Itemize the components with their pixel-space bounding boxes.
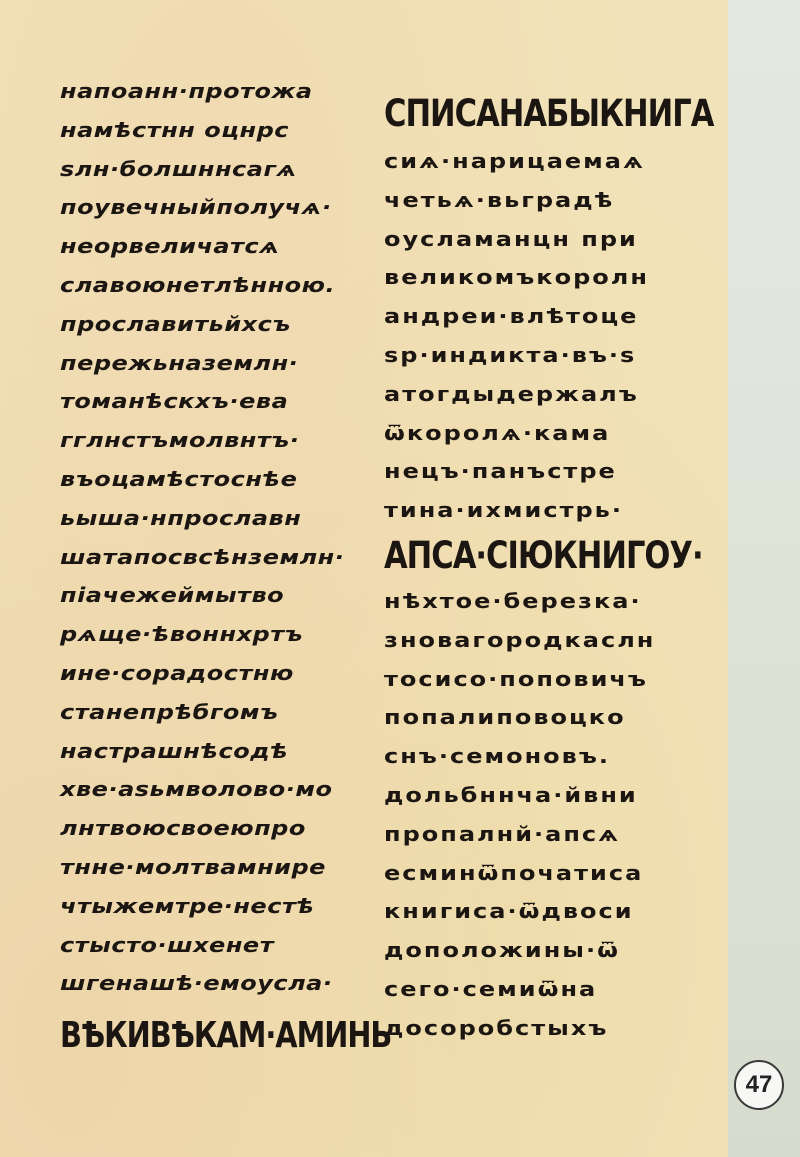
text-line: нецъ·панъстре bbox=[384, 455, 704, 488]
text-line: ѕр·индикта·въ·ѕ bbox=[384, 339, 704, 372]
text-line: великомъкоролн bbox=[384, 261, 704, 294]
text-line: сего·семиѿна bbox=[384, 973, 704, 1006]
colophon-heading: СПИСАНАБЫКНИГА bbox=[384, 90, 704, 138]
text-line: ине·сорадостню bbox=[60, 657, 360, 690]
text-line: пропалнй·апсѧ bbox=[384, 818, 704, 851]
text-line: андреи·влѣтоце bbox=[384, 300, 704, 333]
text-line: тнне·молтвамнире bbox=[60, 851, 360, 884]
text-line: прославитьйхсъ bbox=[60, 308, 360, 341]
text-line: сиѧ·нарицаемаѧ bbox=[384, 145, 704, 178]
right-text-column: СПИСАНАБЫКНИГА сиѧ·нарицаемаѧ четьѧ·вьгр… bbox=[384, 82, 704, 1048]
text-line: снъ·семоновъ. bbox=[384, 740, 704, 773]
text-line: гглнстъмолвнтъ· bbox=[60, 424, 360, 457]
text-line: намѣстнн оцнрс bbox=[60, 114, 360, 147]
text-line: стысто·шхенет bbox=[60, 928, 360, 961]
text-line: неорвеличатсѧ bbox=[60, 230, 360, 263]
text-line: пережьназемлн· bbox=[60, 346, 360, 379]
text-line: рѧще·ѣвоннхртъ bbox=[60, 618, 360, 651]
scribe-heading: АПСА·СIЮКНИГОУ· bbox=[384, 532, 704, 580]
text-line: чтыжемтре·нестѣ bbox=[60, 890, 360, 923]
text-line: шатапосвсѣнземлн· bbox=[60, 540, 360, 573]
text-line: станепрѣбгомъ bbox=[60, 696, 360, 729]
text-line: попалиповоцко bbox=[384, 701, 704, 734]
text-line: зновагородкаслн bbox=[384, 624, 704, 657]
text-line: пiaчежеймытво bbox=[60, 579, 360, 612]
text-line: дольбннча·йвни bbox=[384, 779, 704, 812]
text-line: славоюнетлѣнною. bbox=[60, 269, 360, 302]
text-line: ѿкоролѧ·кама bbox=[384, 416, 704, 449]
text-line: поувечныйполучѧ· bbox=[60, 191, 360, 224]
text-line: нѣхтое·березка· bbox=[384, 585, 704, 618]
closing-heading: ВѢКИВѢКАМ·АМИНЬ bbox=[60, 1011, 360, 1059]
text-line: лнтвоюсвоеюпро bbox=[60, 812, 360, 845]
text-line: четьѧ·вьградѣ bbox=[384, 184, 704, 217]
text-line: шгенашѣ·емоусла· bbox=[60, 967, 360, 1000]
text-line: книгиса·ѿдвоси bbox=[384, 895, 704, 928]
text-line: досоробстыхъ bbox=[384, 1012, 704, 1045]
text-line: доположины·ѿ bbox=[384, 934, 704, 967]
text-line: есминѿпочатиса bbox=[384, 856, 704, 889]
text-line: хве·аѕьмволово·мо bbox=[60, 773, 360, 806]
text-line: ьыша·нпрославн bbox=[60, 502, 360, 535]
left-text-column: напоанн·протожа намѣстнн оцнрс ѕлн·болшн… bbox=[60, 72, 360, 1057]
text-line: атогдыдержалъ bbox=[384, 378, 704, 411]
text-line: въоцамѣстоснѣе bbox=[60, 463, 360, 496]
text-line: оусламанцн при bbox=[384, 223, 704, 256]
text-line: напоанн·протожа bbox=[60, 75, 360, 108]
page-margin-strip bbox=[728, 0, 800, 1157]
text-line: томанѣскхъ·ева bbox=[60, 385, 360, 418]
text-line: тина·ихмистрь· bbox=[384, 494, 704, 527]
page-number-badge: 47 bbox=[734, 1060, 784, 1110]
text-line: тосисо·поповичъ bbox=[384, 662, 704, 695]
text-line: настрашнѣсодѣ bbox=[60, 734, 360, 767]
text-line: ѕлн·болшннсагѧ bbox=[60, 153, 360, 186]
